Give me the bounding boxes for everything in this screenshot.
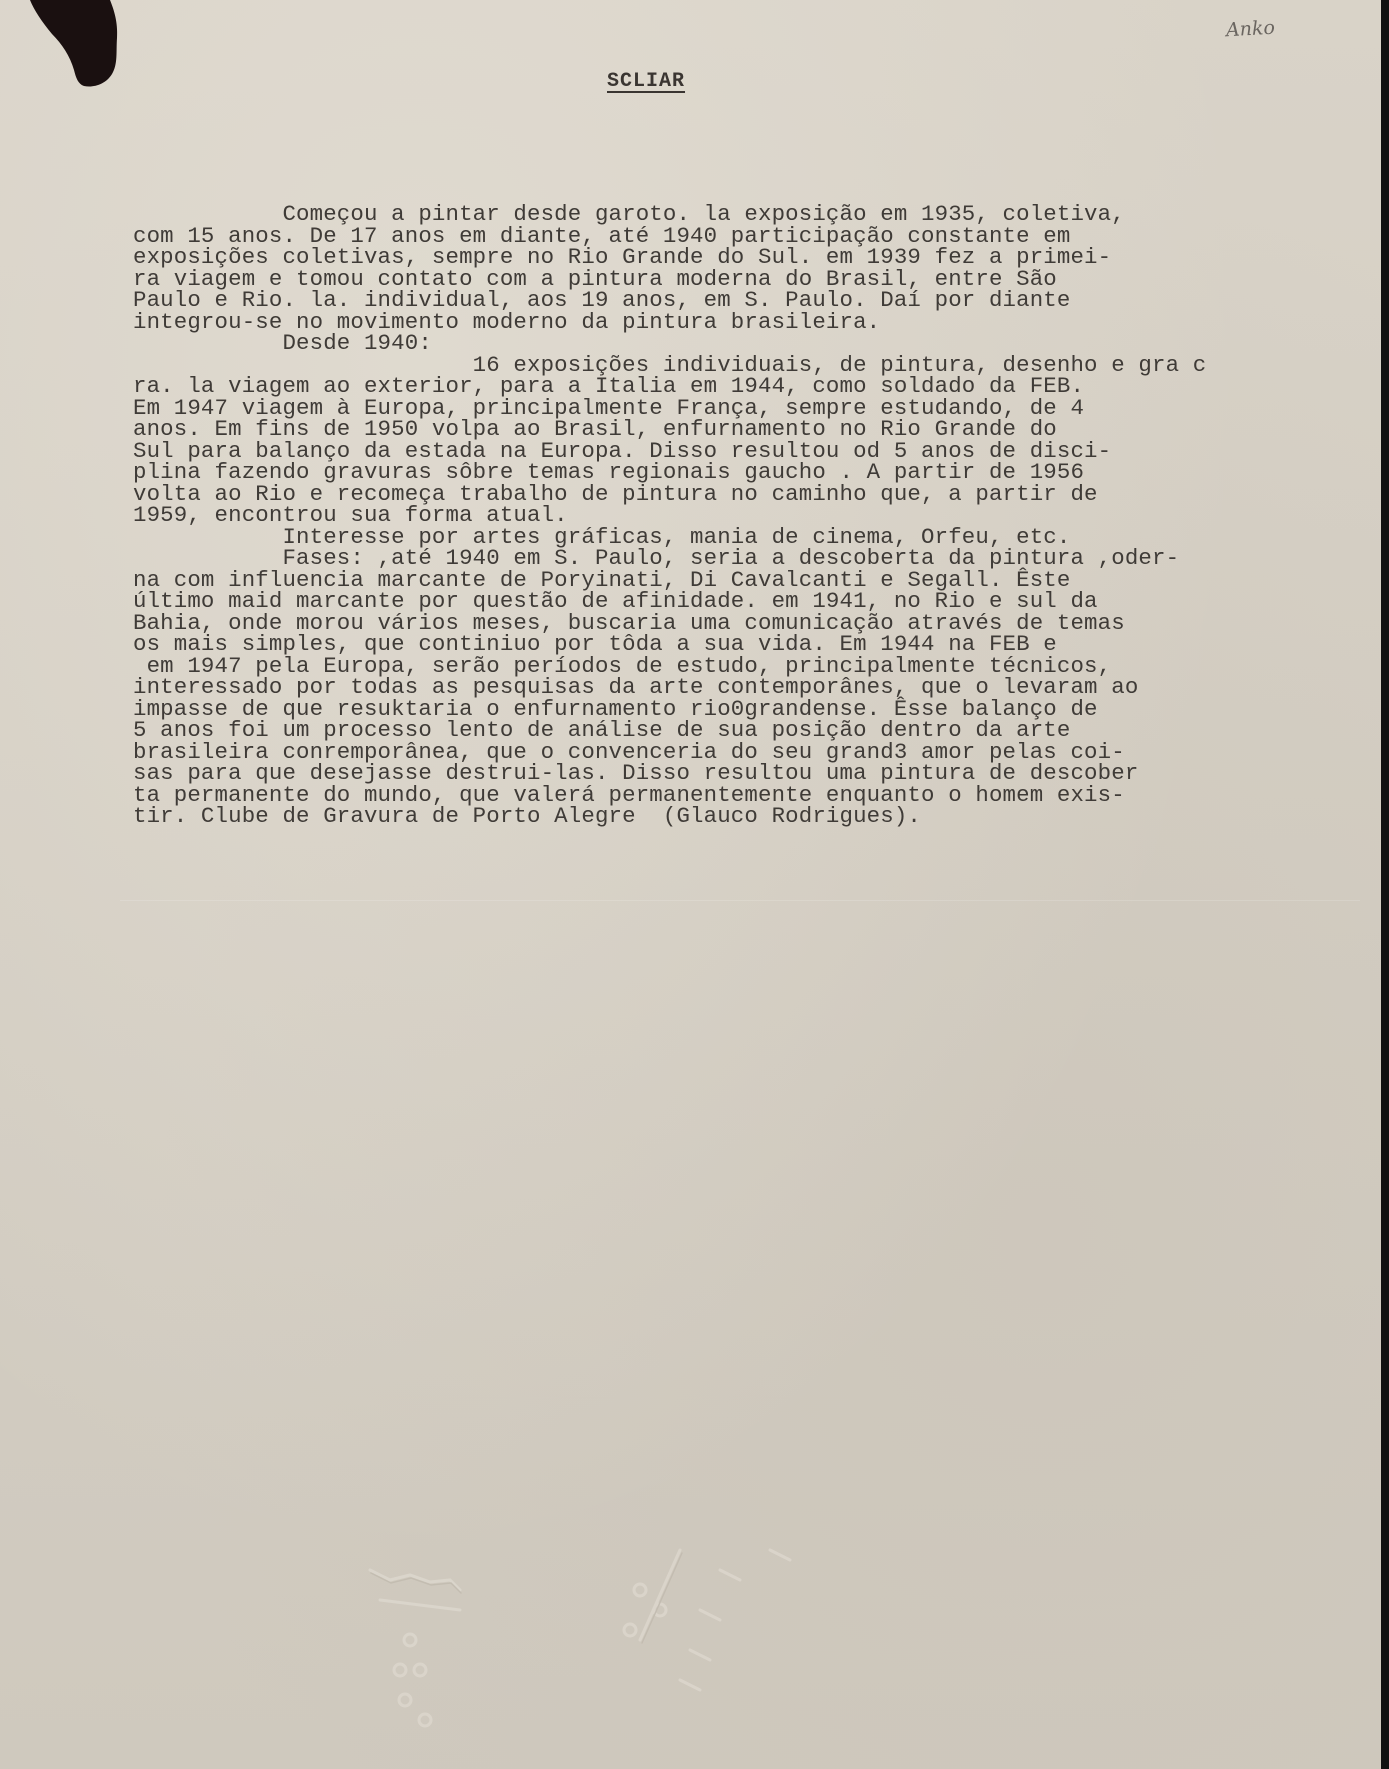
document-title: SCLIAR: [607, 70, 685, 93]
embossed-stamp-icon: [340, 1520, 940, 1760]
document-body: Começou a pintar desde garoto. la exposi…: [133, 204, 1383, 828]
handwritten-annotation: Anko: [1225, 17, 1275, 42]
torn-paper-mark-icon: [22, 0, 122, 92]
paper-crease: [120, 900, 1360, 901]
typed-line: tir. Clube de Gravura de Porto Alegre (G…: [133, 806, 1383, 828]
